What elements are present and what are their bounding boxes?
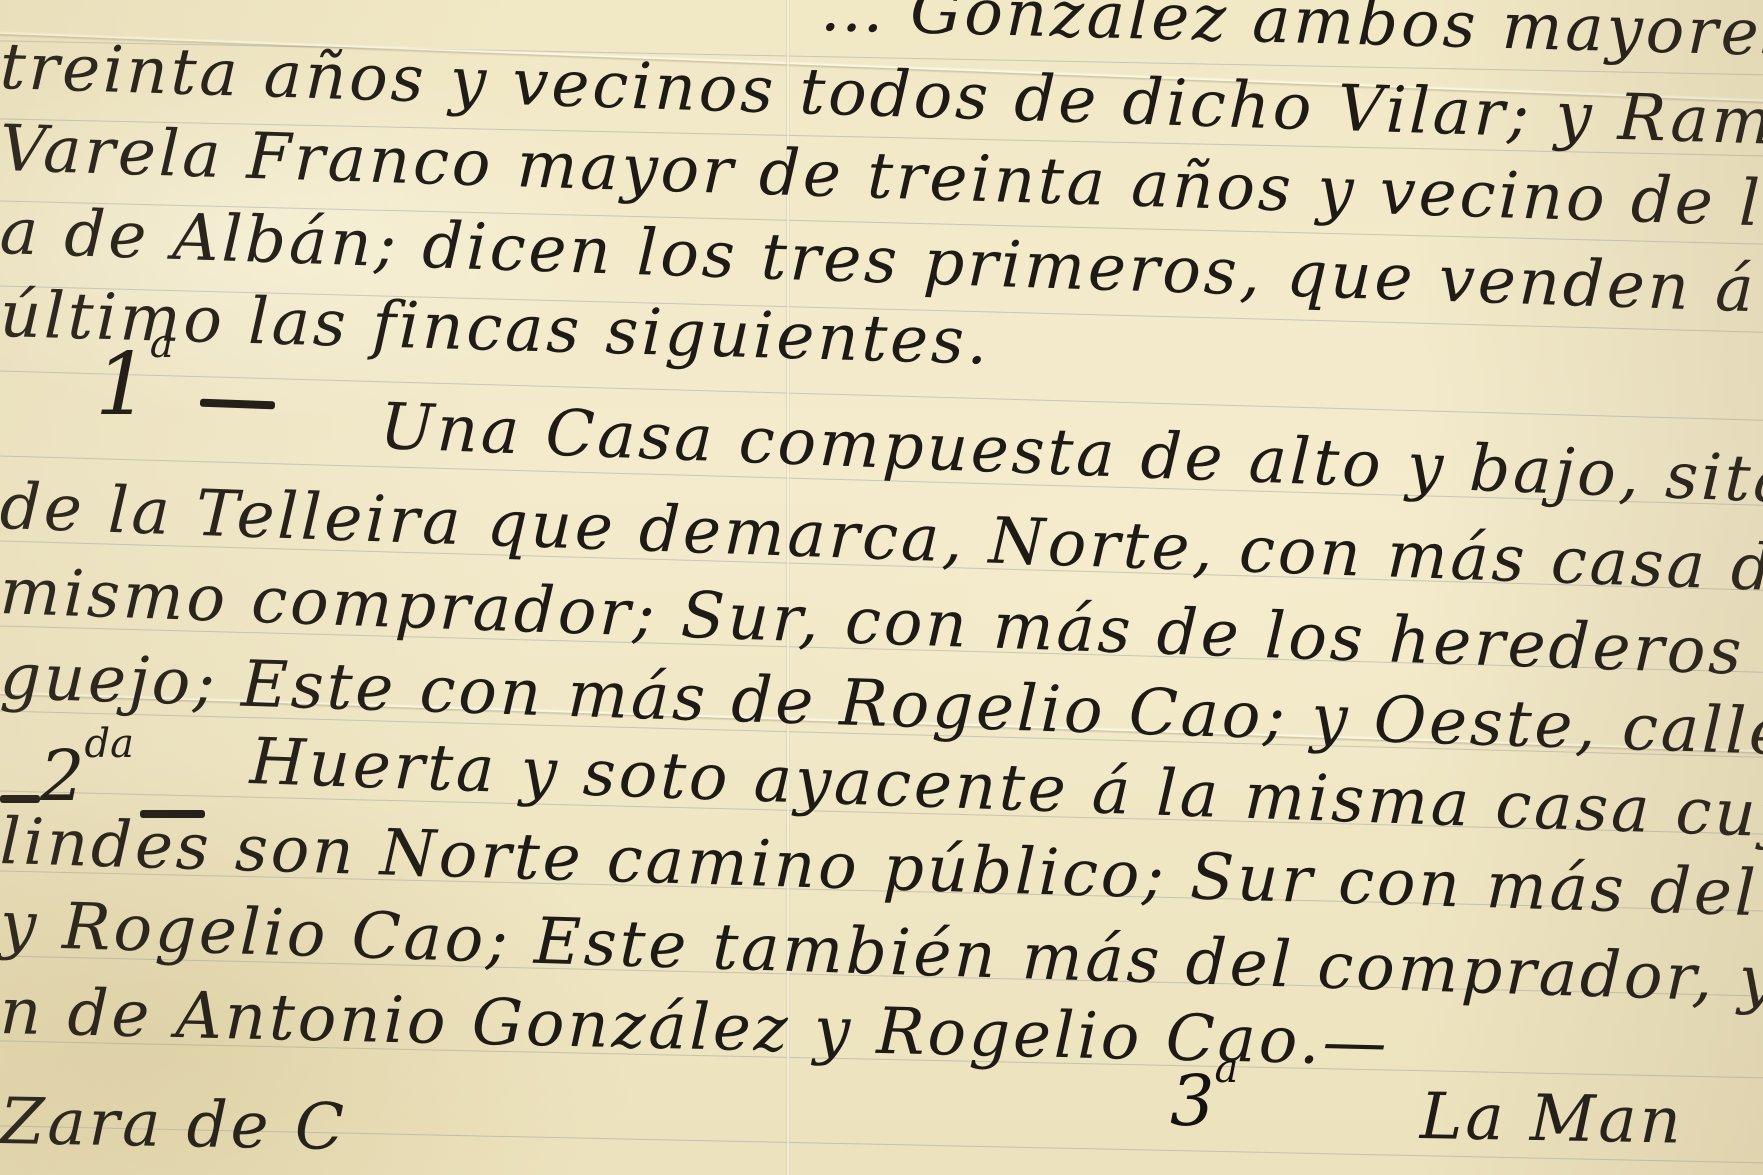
handwritten-line-partial: Zara de C [0,1085,347,1165]
marker-ordinal: a [150,321,174,367]
item-marker-3: 3a [1170,1060,1238,1142]
marker-number: 2 [40,735,85,817]
item-marker-1: 1a [95,335,174,435]
marker-number: 3 [1170,1060,1215,1142]
marker-ordinal: a [1215,1046,1239,1092]
item-dash [140,810,205,818]
item-marker-2: 2da [40,735,134,817]
marker-ordinal: da [85,721,134,767]
item-dash [200,399,275,410]
marker-number: 1 [95,335,150,435]
handwritten-line-partial: La Man [1419,1080,1684,1159]
document-page: … González ambos mayores treinta años y … [0,0,1763,1175]
item-dash [0,795,40,803]
